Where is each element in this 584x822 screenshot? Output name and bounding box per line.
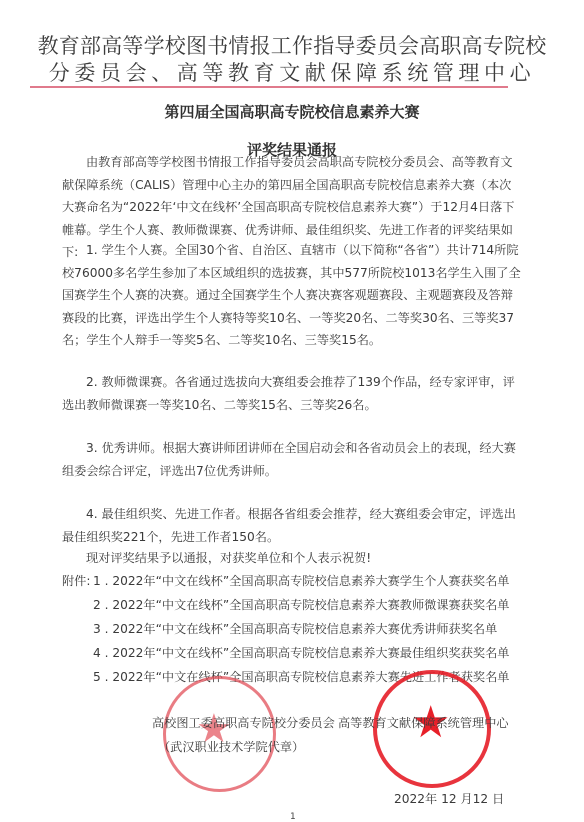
document-title: 第四届全国高职高专院校信息素养大赛 [0, 101, 584, 122]
letterhead-line-1: 教育部高等学校图书情报工作指导委员会高职高专院校 [0, 33, 584, 59]
page-number: 1 [290, 812, 296, 822]
attachment-item-4: 4 . 2022年“中文在线杯”全国高职高专院校信息素养大赛最佳组织奖获奖名单 [93, 645, 509, 661]
section-teacher-microlesson: 2. 教师微课赛。各省通过选拔向大赛组委会推荐了139个作品，经专家评审，评选出… [62, 371, 522, 416]
attachment-item-3: 3 . 2022年“中文在线杯”全国高职高专院校信息素养大赛优秀讲师获奖名单 [93, 621, 497, 637]
attachment-item-1: 1 . 2022年“中文在线杯”全国高职高专院校信息素养大赛学生个人赛获奖名单 [93, 573, 509, 589]
attachment-item-2: 2 . 2022年“中文在线杯”全国高职高专院校信息素养大赛教师微课赛获奖名单 [93, 597, 509, 613]
signature-org-1-note: （武汉职业技术学院代章） [158, 738, 304, 755]
letterhead-rule [30, 86, 508, 88]
issue-date: 2022年 12 月12 日 [394, 790, 504, 807]
signature-org-1: 高校图工委高职高专院校分委员会 [152, 714, 335, 731]
closing-paragraph: 现对评奖结果予以通报，对获奖单位和个人表示祝贺! [62, 547, 522, 570]
signature-org-2: 高等教育文献保障系统管理中心 [338, 714, 509, 731]
section-organization-award: 4. 最佳组织奖、先进工作者。根据各省组委会推荐，经大赛组委会审定，评选出最佳组… [62, 503, 522, 548]
section-student-contest: 1. 学生个人赛。全国30个省、自治区、直辖市（以下简称“各省”）共计714所院… [62, 239, 522, 352]
attachments-label: 附件: [62, 573, 90, 589]
letterhead-line-2: 分委员会、高等教育文献保障系统管理中心 [0, 60, 584, 86]
section-outstanding-lecturer: 3. 优秀讲师。根据大赛讲师团讲师在全国启动会和各省动员会上的表现，经大赛组委会… [62, 437, 522, 482]
